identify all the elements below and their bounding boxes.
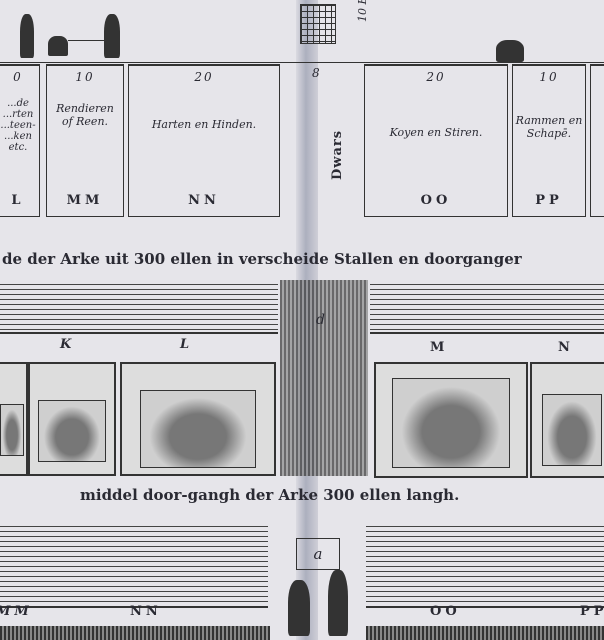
figure-crouching xyxy=(496,40,524,62)
letter-K: K xyxy=(60,337,75,352)
label-box-a: a xyxy=(296,538,340,570)
figure-kneeling xyxy=(48,36,68,56)
scale-label: 10 Ellen xyxy=(356,0,369,22)
stall-panel-ostrich xyxy=(530,362,604,478)
passage-letter: d xyxy=(316,312,325,328)
letter-N: N xyxy=(558,340,574,355)
stall-MM: 10 Rendieren of Reen. MM xyxy=(46,64,124,217)
figure-pulling-rope xyxy=(104,14,120,58)
figure-man-pointing xyxy=(328,570,348,636)
roof-left xyxy=(0,280,278,334)
grid-scale-icon xyxy=(300,4,336,44)
roof-bottom-right xyxy=(366,522,604,608)
caption-top: de der Arke uit 300 ellen in verscheide … xyxy=(2,250,522,268)
code-NN: NN xyxy=(130,604,162,619)
figure-man-with-bucket xyxy=(288,580,310,636)
code-PP: PP xyxy=(580,604,604,619)
figure-standing xyxy=(20,14,34,58)
stall-PP: 10 Rammen en Schapē. PP xyxy=(512,64,586,217)
stall-panel-lion xyxy=(28,362,116,476)
stall-row-bottom-left xyxy=(0,626,270,640)
stall-panel-cattle xyxy=(120,362,276,476)
code-MM: MM xyxy=(0,604,33,619)
code-OO: OO xyxy=(430,604,461,619)
passage-shaded xyxy=(280,280,368,476)
stall-NN: 20 Harten en Hinden. NN xyxy=(128,64,280,217)
roof-bottom-left xyxy=(0,522,268,608)
stall-row-bottom-right xyxy=(366,626,604,640)
stall-panel-elephant xyxy=(374,362,528,478)
stall-L: 0 ...de ...rten ...teen- ...ken etc. L xyxy=(0,64,40,217)
ark-deck-line xyxy=(0,62,604,63)
dwars-label: Dwars xyxy=(330,130,345,180)
rope xyxy=(68,40,108,41)
stall-panel-1 xyxy=(0,362,28,476)
stall-OO: 20 Koyen en Stiren. OO xyxy=(364,64,508,217)
dwars-number: 8 xyxy=(312,66,322,80)
letter-M: M xyxy=(430,340,448,355)
roof-right xyxy=(370,280,604,334)
caption-bottom: middel door-gangh der Arke 300 ellen lan… xyxy=(80,486,459,504)
stall-partial xyxy=(590,64,604,217)
letter-L: L xyxy=(180,337,193,352)
